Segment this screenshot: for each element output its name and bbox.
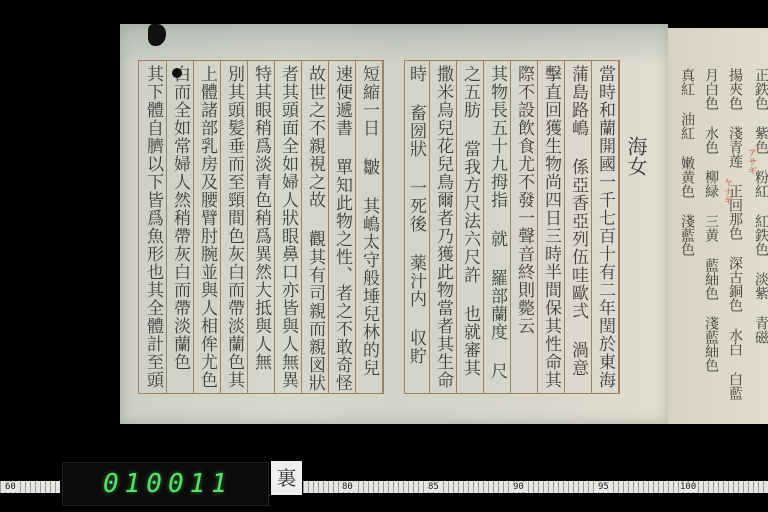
paper-tear	[148, 24, 166, 46]
frame-counter: 010011	[62, 462, 269, 506]
strip-annotation: ヤナギ	[717, 178, 737, 378]
text-column: 際不設飲食尤不發一聲音終則斃云	[511, 61, 538, 393]
text-column: 特其眼稍爲淡青色稍爲異然大抵與人無	[248, 61, 275, 393]
adjacent-page-strip: 正鉄色 紫色 粉紅 紅鉄色 淡紫 青磁 揚夾色 淺青莲 正回那色 深古銅色 水白…	[665, 28, 768, 424]
text-column: 上體諸部乳房及腰臂肘腕並與人相侔尤色	[194, 61, 221, 393]
text-column: 者其頭面全如婦人狀眼鼻口亦皆與人無異	[275, 61, 302, 393]
ink-stain	[172, 68, 182, 78]
text-column: 擊直回獲生物尚四日三時半間保其性命其	[538, 61, 565, 393]
ruler-label: 90	[512, 482, 525, 492]
right-text-frame: 當時和蘭開國一千七百十有二年閏於東海 蒲島路嶋 係亞香亞列伍哇歐弍 渦意部近海小…	[404, 60, 620, 394]
strip-annotation: アサギ	[741, 148, 761, 408]
ruler-label: 95	[597, 482, 610, 492]
ruler-label: 85	[427, 482, 440, 492]
text-column: 其下體自臍以下皆爲魚形也其全體計至頭頂	[139, 61, 167, 393]
left-text-frame: 短縮一日 皺 其嶋太守般埵兒林的兒君愛之 速便遞書 單知此物之性、者之不敢奇怪物…	[138, 60, 384, 394]
text-column: 之五肪 當我方尺法六尺許 也就審其説亞武瀬意那峨一有司	[457, 61, 484, 393]
ruler-label: 60	[4, 482, 17, 492]
text-column: 短縮一日 皺 其嶋太守般埵兒林的兒君愛之	[356, 61, 383, 393]
text-column: 故世之不親視之故 觀其有司親而親図狀之	[302, 61, 329, 393]
text-column: 白而全如常婦人然稍帶灰白而帶淡蘭色	[167, 61, 194, 393]
verso-tag: 裏	[271, 461, 302, 495]
strip-column: 真紅 油紅 嫩黄色 淺藍色	[677, 68, 697, 418]
counter-digits: 010011	[103, 469, 233, 499]
text-column: 當時和蘭開國一千七百十有二年閏於東海	[592, 61, 619, 393]
ruler-label: 80	[341, 482, 354, 492]
text-column: 速便遞書 單知此物之性、者之不敢奇怪物	[329, 61, 356, 393]
text-column: 時 畜圀狀 一死後 薬汁内 収貯 歴日後其物	[405, 61, 430, 393]
text-column: 蒲島路嶋 係亞香亞列伍哇歐弍 渦意部近海小嶋名 獲一海女此惟不一日	[565, 61, 592, 393]
text-column: 撒米烏兒花兒鳥爾者乃獲此物當者其生命也	[430, 61, 457, 393]
text-column: 其物長五十九拇指 就 羅部蘭度 尺法計	[484, 61, 511, 393]
text-column: 別其頭髪垂而至頸間色灰白而帶淡蘭色其	[221, 61, 248, 393]
measuring-ruler-right	[303, 481, 768, 493]
ruler-label: 100	[679, 482, 697, 492]
document-title: 海女	[622, 136, 651, 176]
manuscript-page: 當時和蘭開國一千七百十有二年閏於東海 蒲島路嶋 係亞香亞列伍哇歐弍 渦意部近海小…	[120, 24, 668, 424]
